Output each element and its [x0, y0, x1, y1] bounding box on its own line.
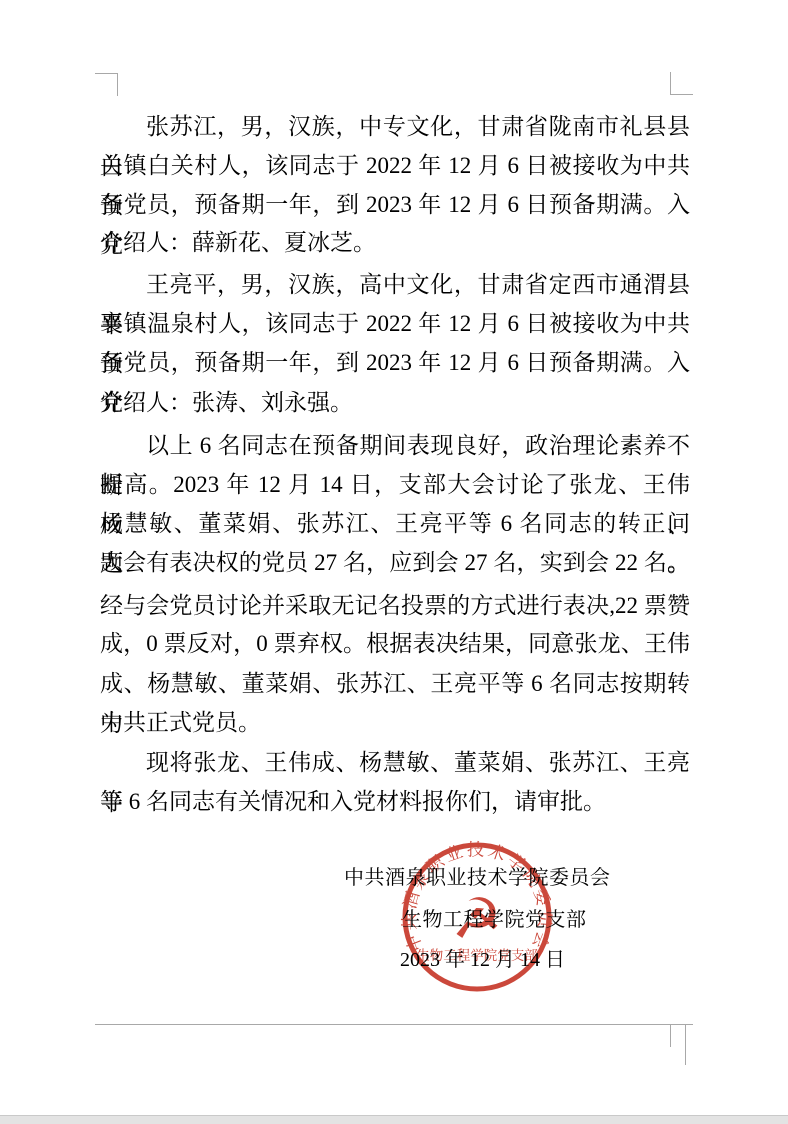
body-line: 关镇白关村人，该同志于 2022 年 12 月 6 日被接收为中共预: [100, 146, 690, 186]
crop-mark-top-left: [95, 73, 118, 96]
official-red-seal: 中共酒泉职业技术学院委员会 ☭ 生物工程学院党支部: [392, 832, 562, 1002]
crop-mark-bottom-right: [670, 1024, 693, 1047]
body-line: 备党员，预备期一年，到 2023 年 12 月 6 日预备期满。入党: [100, 343, 690, 383]
body-line: 介绍人：张涛、刘永强。: [100, 383, 690, 423]
body-line: 备党员，预备期一年，到 2023 年 12 月 6 日预备期满。入党: [100, 185, 690, 225]
body-line: 现将张龙、王伟成、杨慧敏、董菜娟、张苏江、王亮平: [100, 743, 690, 783]
body-line: 中共正式党员。: [100, 703, 690, 743]
body-line: 成，0 票反对，0 票弃权。根据表决结果，同意张龙、王伟: [100, 624, 690, 664]
body-line: 成、杨慧敏、董菜娟、张苏江、王亮平等 6 名同志按期转为: [100, 664, 690, 704]
body-line: 王亮平，男，汉族，高中文化，甘肃省定西市通渭县平: [100, 265, 690, 305]
body-line: 以上 6 名同志在预备期间表现良好，政治理论素养不断: [100, 426, 690, 466]
hammer-sickle-icon: ☭: [452, 887, 502, 952]
horizontal-scrollbar-track[interactable]: [0, 1115, 788, 1124]
seal-bottom-text: 生物工程学院党支部: [416, 947, 538, 963]
body-line: 提高。2023 年 12 月 14 日，支部大会讨论了张龙、王伟成、: [100, 465, 690, 505]
body-line: 大会有表决权的党员 27 名，应到会 27 名，实到会 22 名。: [100, 543, 690, 583]
crop-mark-top-right: [670, 72, 693, 95]
body-line: 等 6 名同志有关情况和入党材料报你们，请审批。: [100, 782, 690, 822]
crop-mark-bottom-left: [95, 1024, 686, 1065]
body-line: 介绍人：薛新花、夏冰芝。: [100, 223, 690, 263]
document-page: 张苏江，男，汉族，中专文化，甘肃省陇南市礼县县白 关镇白关村人，该同志于 202…: [0, 0, 788, 1124]
body-line: 经与会党员讨论并采取无记名投票的方式进行表决,22 票赞: [100, 586, 690, 626]
body-line: 张苏江，男，汉族，中专文化，甘肃省陇南市礼县县白: [100, 107, 690, 147]
body-line: 襄镇温泉村人，该同志于 2022 年 12 月 6 日被接收为中共预: [100, 304, 690, 344]
body-line: 杨慧敏、董菜娟、张苏江、王亮平等 6 名同志的转正问题。: [100, 504, 690, 544]
